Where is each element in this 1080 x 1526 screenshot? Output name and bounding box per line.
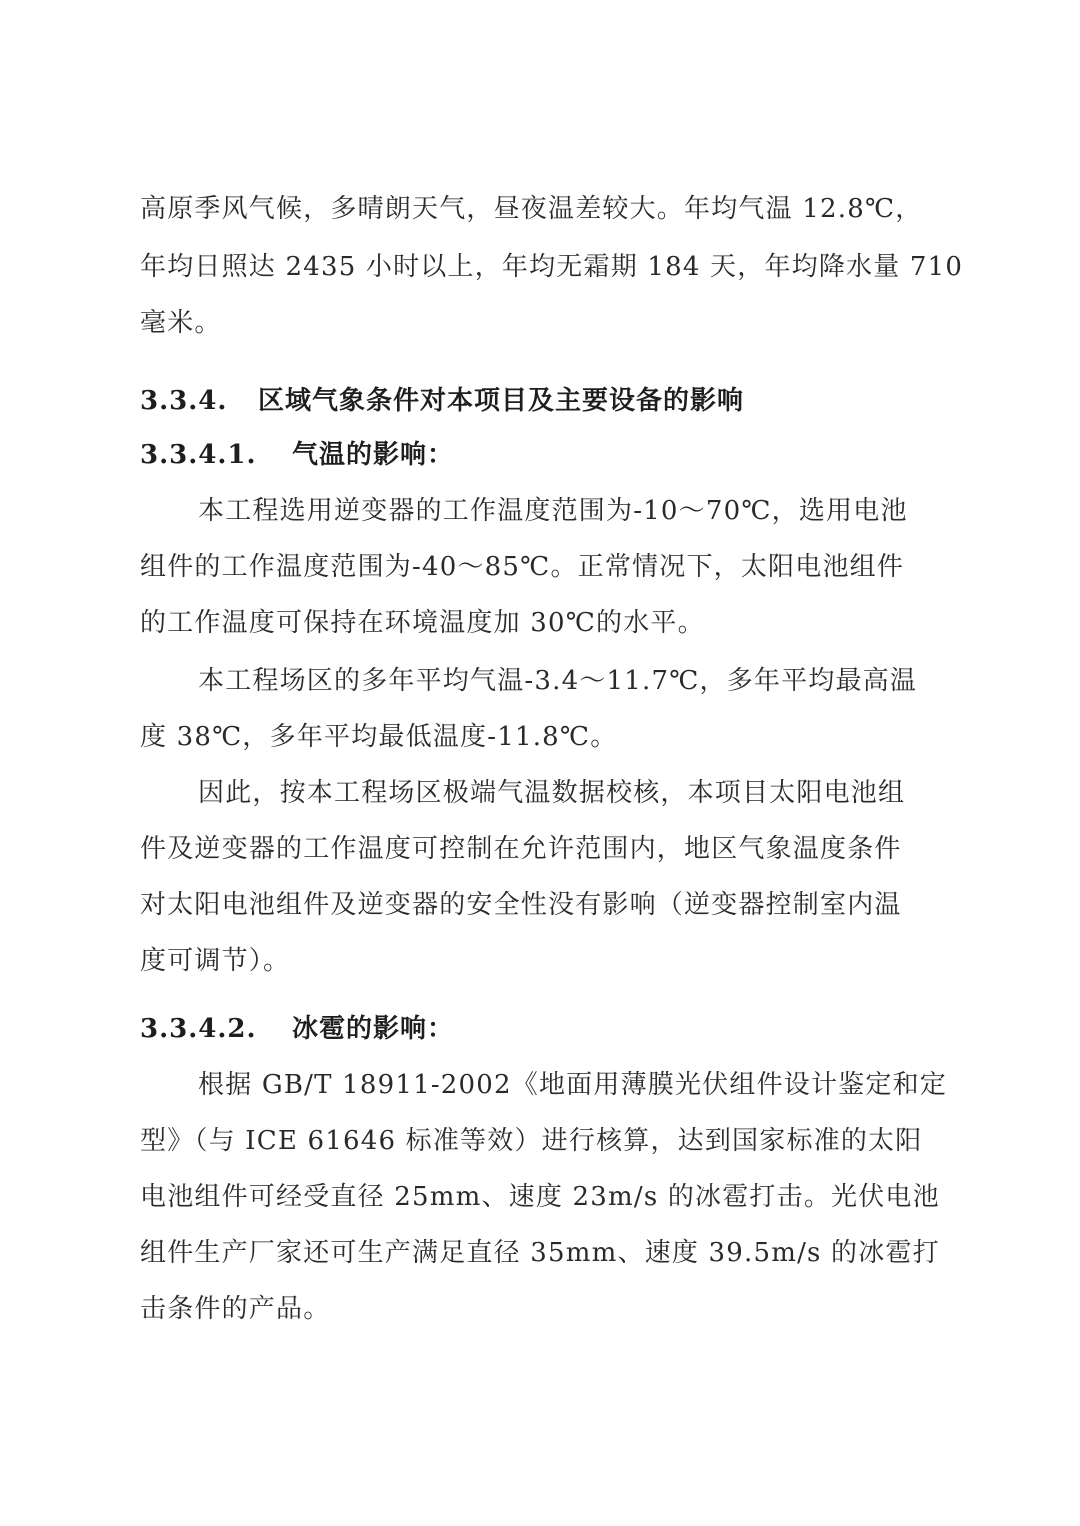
paragraph-line: 本工程场区的多年平均气温-3.4～11.7℃，多年平均最高温 (198, 664, 917, 698)
section-heading-3-3-4-2: 3.3.4.2.冰雹的影响： (140, 1012, 454, 1046)
section-number: 3.3.4.2. (140, 1012, 292, 1046)
section-title: 区域气象条件对本项目及主要设备的影响 (258, 386, 744, 416)
paragraph-line: 高原季风气候，多晴朗天气，昼夜温差较大。年均气温 12.8℃， (140, 192, 922, 226)
paragraph-line: 度可调节）。 (140, 944, 290, 978)
section-heading-3-3-4-1: 3.3.4.1.气温的影响： (140, 438, 454, 472)
section-number: 3.3.4. (140, 384, 258, 418)
paragraph-line: 组件的工作温度范围为-40～85℃。正常情况下，太阳电池组件 (140, 550, 904, 584)
paragraph-line: 电池组件可经受直径 25mm、速度 23m/s 的冰雹打击。光伏电池 (140, 1180, 940, 1214)
section-heading-3-3-4: 3.3.4.区域气象条件对本项目及主要设备的影响 (140, 384, 744, 418)
paragraph-line: 组件生产厂家还可生产满足直径 35mm、速度 39.5m/s 的冰雹打 (140, 1236, 940, 1270)
paragraph-line: 毫米。 (140, 306, 222, 340)
section-number: 3.3.4.1. (140, 438, 292, 472)
paragraph-line: 的工作温度可保持在环境温度加 30℃的水平。 (140, 606, 705, 640)
paragraph-line: 年均日照达 2435 小时以上，年均无霜期 184 天，年均降水量 710 (140, 250, 963, 284)
paragraph-line: 本工程选用逆变器的工作温度范围为-10～70℃，选用电池 (198, 494, 908, 528)
paragraph-line: 击条件的产品。 (140, 1292, 330, 1326)
paragraph-line: 对太阳电池组件及逆变器的安全性没有影响（逆变器控制室内温 (140, 888, 902, 922)
section-title: 气温的影响： (292, 440, 454, 470)
paragraph-line: 型》（与 ICE 61646 标准等效）进行核算，达到国家标准的太阳 (140, 1124, 922, 1158)
paragraph-line: 根据 GB/T 18911-2002《地面用薄膜光伏组件设计鉴定和定 (198, 1068, 947, 1102)
paragraph-line: 因此，按本工程场区极端气温数据校核，本项目太阳电池组 (198, 776, 905, 810)
paragraph-line: 度 38℃，多年平均最低温度-11.8℃。 (140, 720, 617, 754)
paragraph-line: 件及逆变器的工作温度可控制在允许范围内，地区气象温度条件 (140, 832, 902, 866)
section-title: 冰雹的影响： (292, 1014, 454, 1044)
